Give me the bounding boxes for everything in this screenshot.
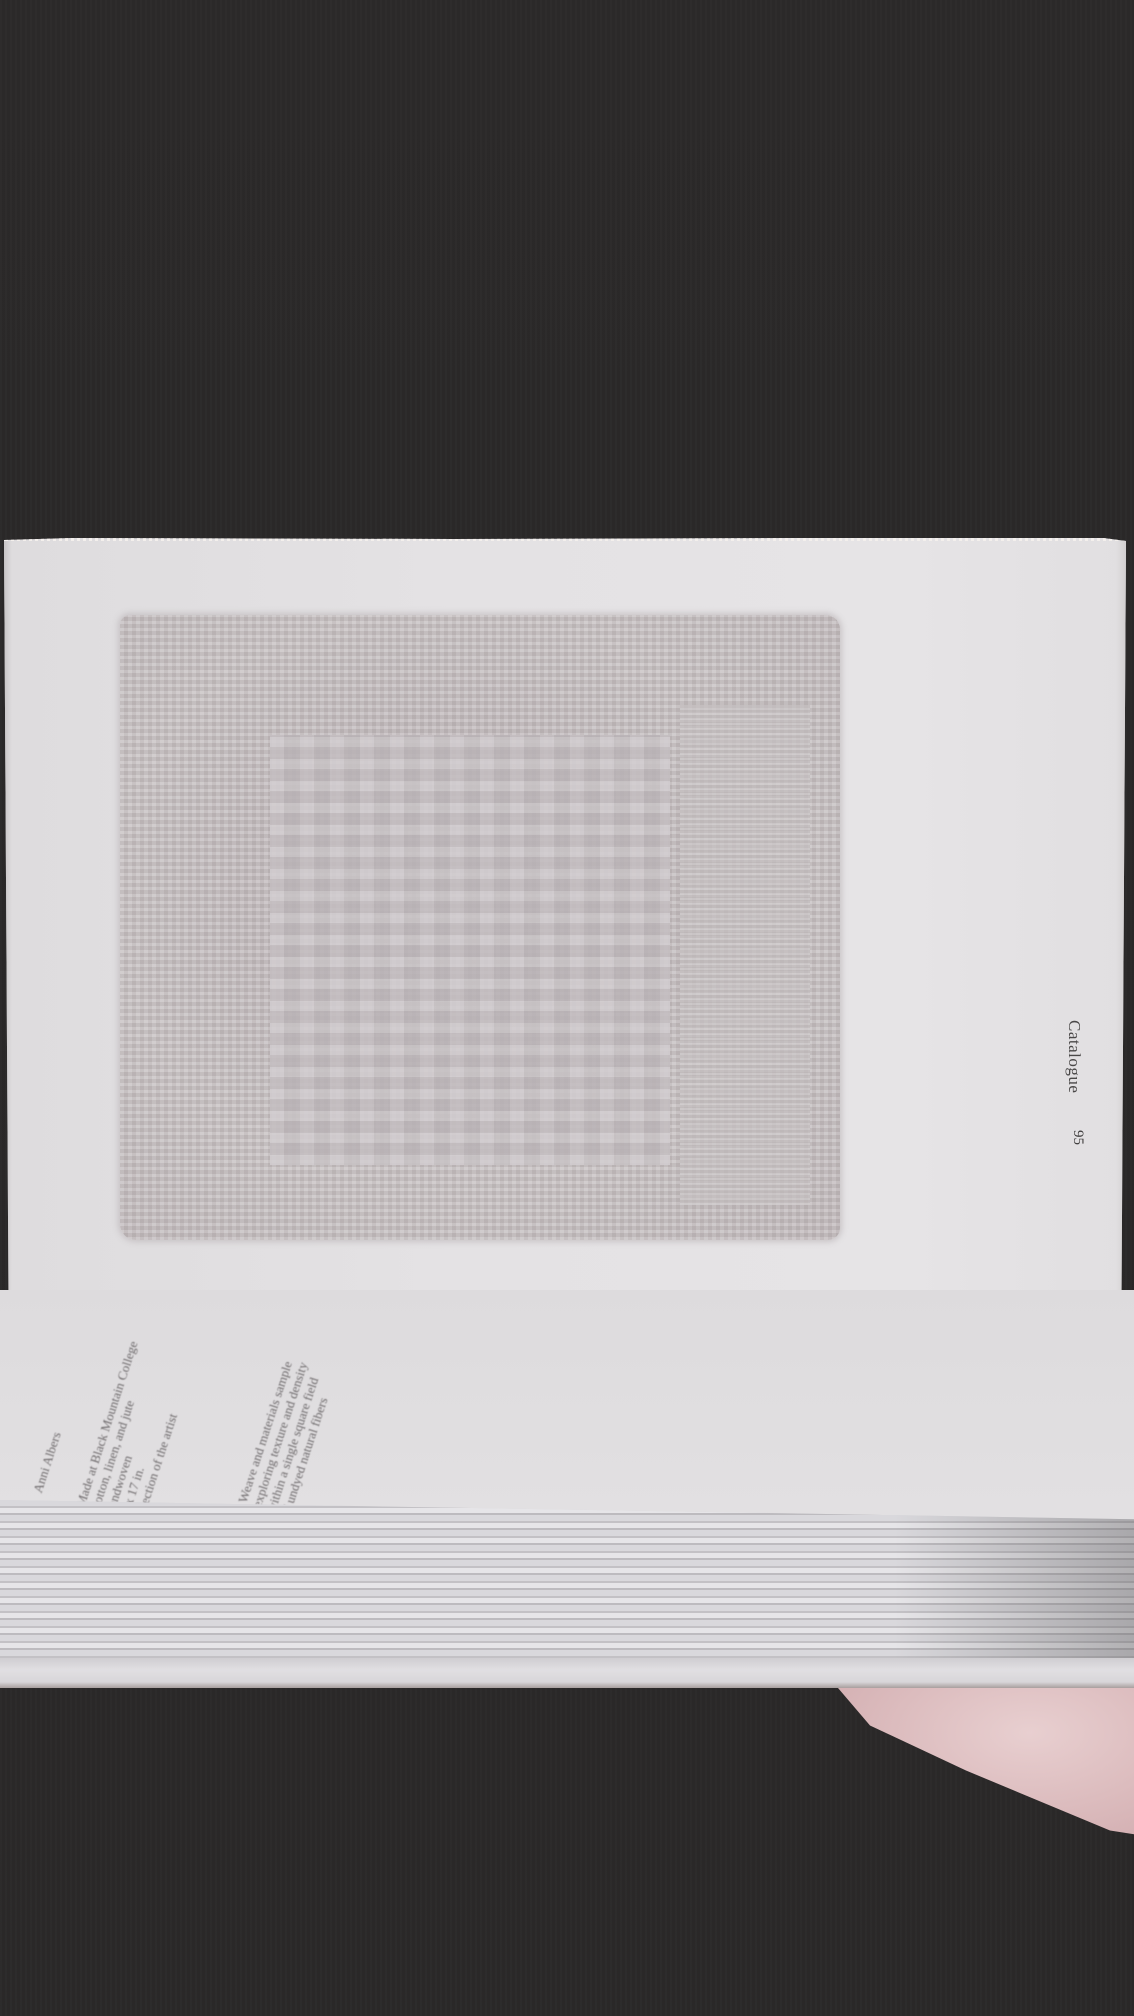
page-number: 95	[1069, 1130, 1086, 1145]
caption-block-artist: Anni Albers Made at Black Mountain Colle…	[30, 1325, 198, 1527]
textile-edge-band	[680, 705, 810, 1205]
running-head: Catalogue 95	[1062, 1020, 1102, 1130]
lower-book-page: Anni Albers Made at Black Mountain Colle…	[0, 1290, 1134, 1520]
deckled-page-stack	[0, 1500, 1134, 1660]
caption-block-description: Weave and materials sample exploring tex…	[235, 1355, 339, 1518]
section-title: Catalogue	[1064, 1020, 1084, 1093]
textile-center-weave	[270, 735, 670, 1165]
woven-textile-image	[120, 615, 840, 1240]
book-cover-edge	[0, 1658, 1134, 1688]
